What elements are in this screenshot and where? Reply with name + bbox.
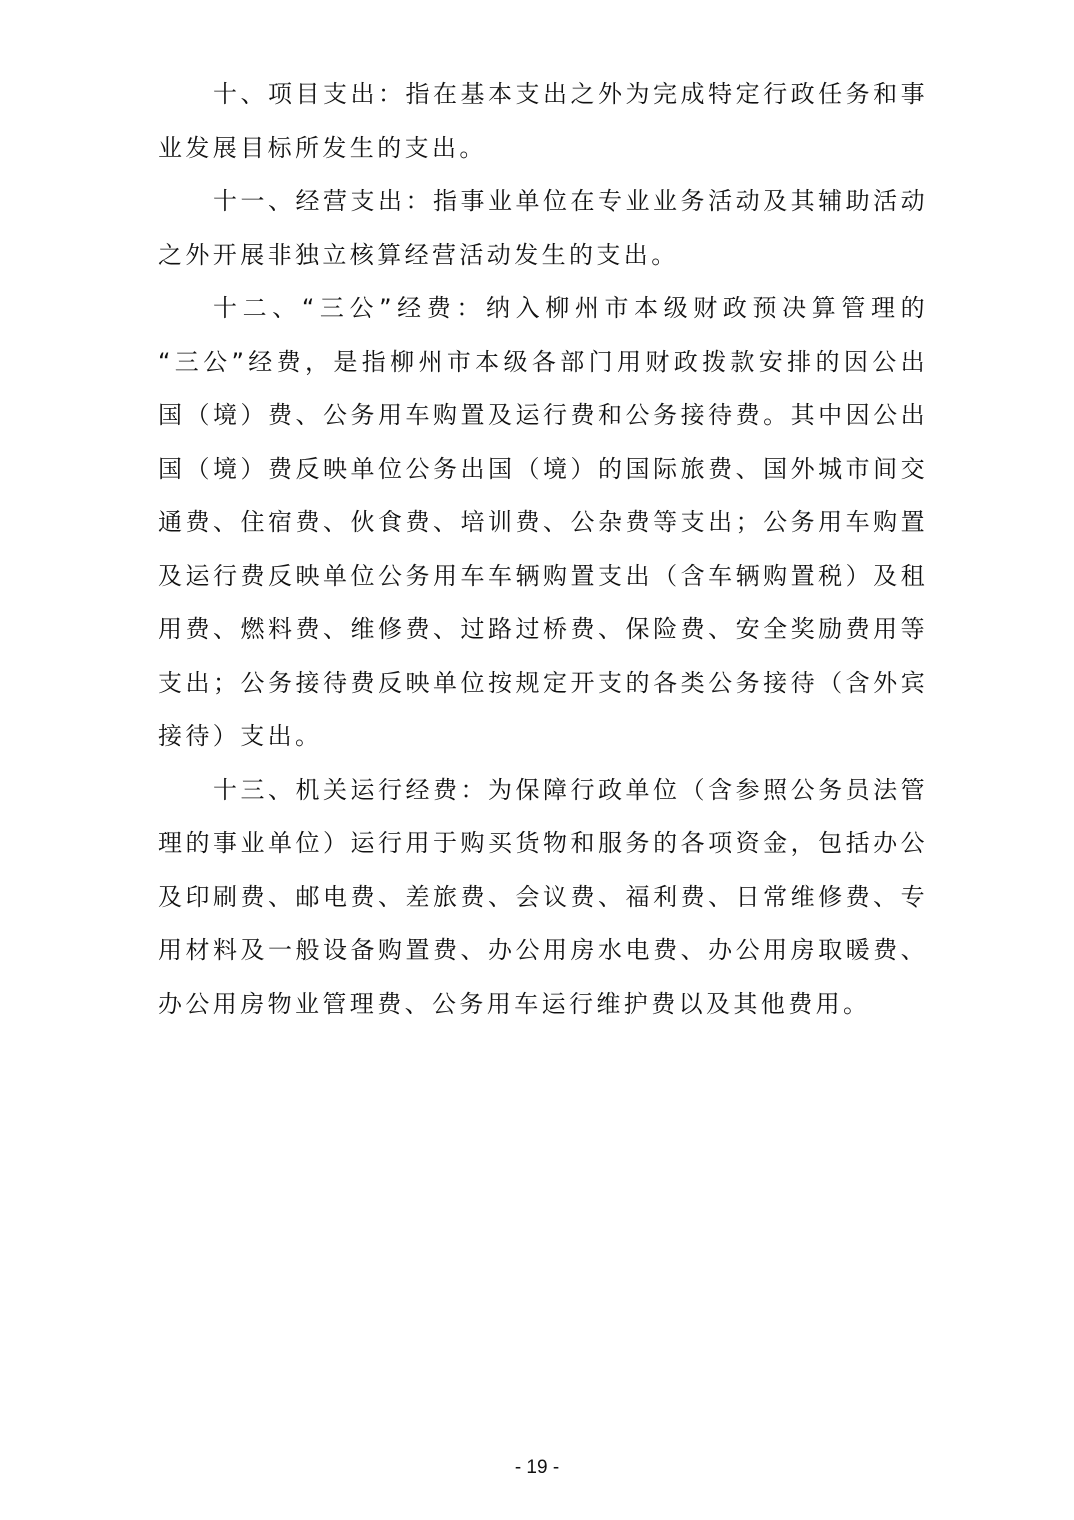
page-number: - 19 - (0, 1457, 1074, 1479)
text-line: 用材料及一般设备购置费、办公用房水电费、办公用房取暖费、 (158, 924, 928, 978)
text-line: 办公用房物业管理费、公务用车运行维护费以及其他费用。 (158, 978, 928, 1032)
text-line: 国（境）费反映单位公务出国（境）的国际旅费、国外城市间交 (158, 443, 928, 497)
text-line: 业发展目标所发生的支出。 (158, 122, 928, 176)
text-line: 国（境）费、公务用车购置及运行费和公务接待费。其中因公出 (158, 389, 928, 443)
text-line: 十三、机关运行经费：为保障行政单位（含参照公务员法管 (158, 764, 928, 818)
paragraph-item-12: 十二、“三公”经费：纳入柳州市本级财政预决算管理的 “三公”经费，是指柳州市本级… (158, 282, 928, 764)
paragraph-item-13: 十三、机关运行经费：为保障行政单位（含参照公务员法管 理的事业单位）运行用于购买… (158, 764, 928, 1032)
text-line: 及运行费反映单位公务用车车辆购置支出（含车辆购置税）及租 (158, 550, 928, 604)
text-line: “三公”经费，是指柳州市本级各部门用财政拨款安排的因公出 (158, 336, 928, 390)
text-line: 十一、经营支出：指事业单位在专业业务活动及其辅助活动 (158, 175, 928, 229)
text-line: 之外开展非独立核算经营活动发生的支出。 (158, 229, 928, 283)
text-line: 十二、“三公”经费：纳入柳州市本级财政预决算管理的 (158, 282, 928, 336)
text-line: 及印刷费、邮电费、差旅费、会议费、福利费、日常维修费、专 (158, 871, 928, 925)
text-line: 支出；公务接待费反映单位按规定开支的各类公务接待（含外宾 (158, 657, 928, 711)
document-page: 十、项目支出：指在基本支出之外为完成特定行政任务和事 业发展目标所发生的支出。 … (0, 0, 1074, 1520)
text-line: 接待）支出。 (158, 710, 928, 764)
paragraph-item-10: 十、项目支出：指在基本支出之外为完成特定行政任务和事 业发展目标所发生的支出。 (158, 68, 928, 175)
text-line: 用费、燃料费、维修费、过路过桥费、保险费、安全奖励费用等 (158, 603, 928, 657)
text-line: 理的事业单位）运行用于购买货物和服务的各项资金，包括办公 (158, 817, 928, 871)
paragraph-item-11: 十一、经营支出：指事业单位在专业业务活动及其辅助活动 之外开展非独立核算经营活动… (158, 175, 928, 282)
text-line: 十、项目支出：指在基本支出之外为完成特定行政任务和事 (158, 68, 928, 122)
document-body: 十、项目支出：指在基本支出之外为完成特定行政任务和事 业发展目标所发生的支出。 … (158, 68, 928, 1031)
text-line: 通费、住宿费、伙食费、培训费、公杂费等支出；公务用车购置 (158, 496, 928, 550)
